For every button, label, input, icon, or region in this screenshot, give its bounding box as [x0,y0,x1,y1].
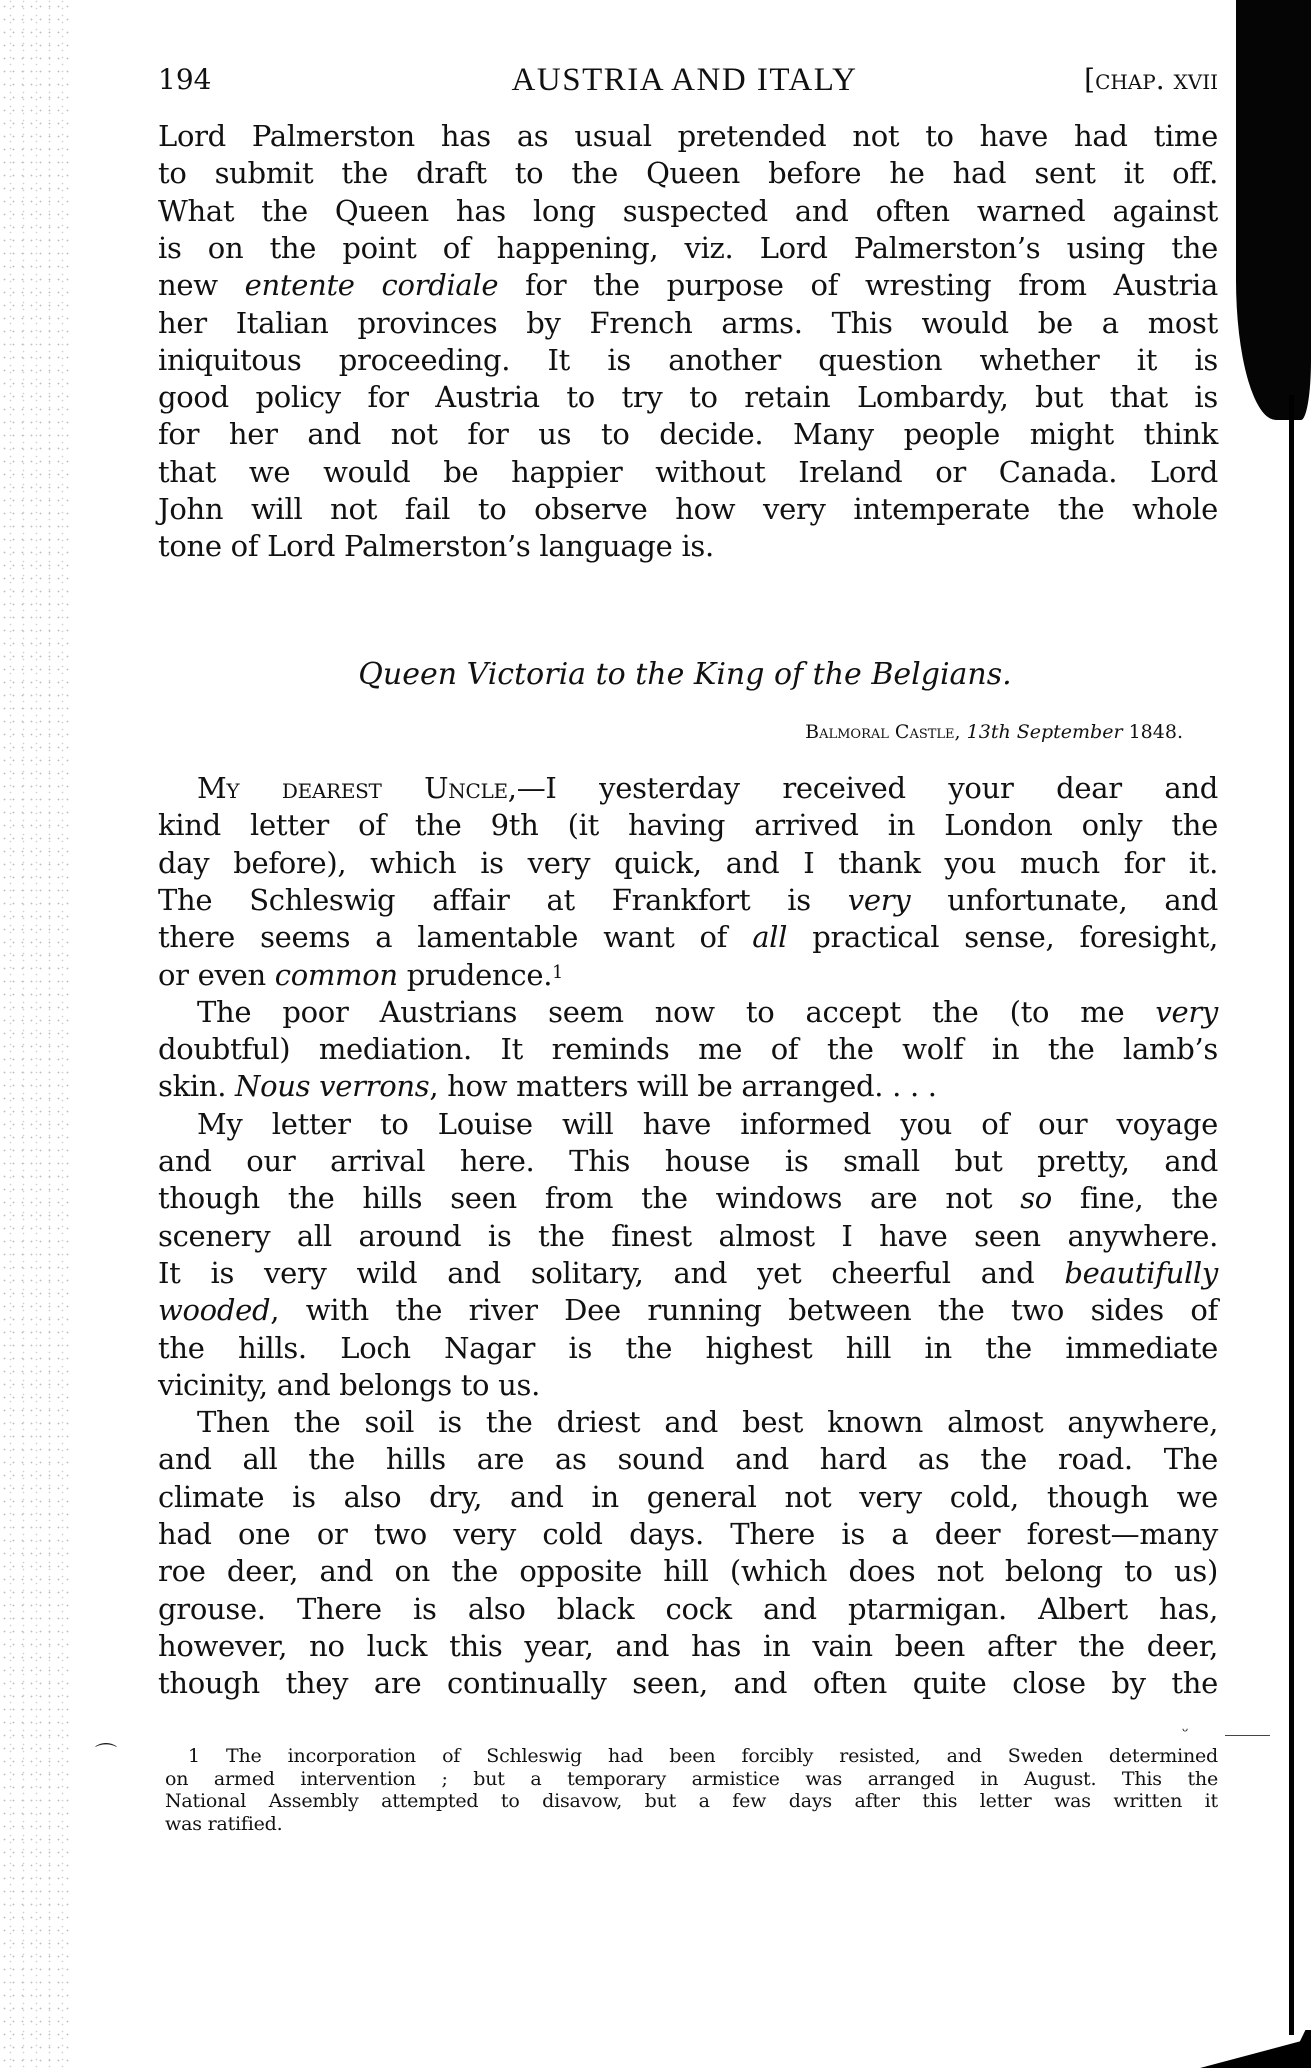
memo-line: tone of Lord Palmerston’s language is. [158,528,1218,565]
letter-line: climate is also dry, and in general not … [158,1479,1218,1516]
footnote-line: was ratified. [165,1813,1218,1836]
memo-line: for her and not for us to decide. Many p… [158,416,1218,453]
letter-heading: Queen Victoria to the King of the Belgia… [310,655,1060,695]
scan-mark-check: ᵕ [1182,1722,1189,1741]
dateline-place: Balmoral Castle, [805,721,960,743]
running-title: AUSTRIA AND ITALY [457,60,912,100]
memo-line: to submit the draft to the Queen before … [158,155,1218,192]
letter-line: roe deer, and on the opposite hill (whic… [158,1553,1218,1590]
memo-line: her Italian provinces by French arms. Th… [158,305,1218,342]
letter-line: scenery all around is the finest almost … [158,1218,1218,1255]
footnote-line: 1 The incorporation of Schleswig had bee… [188,1745,1218,1768]
letter-line: the hills. Loch Nagar is the highest hil… [158,1330,1218,1367]
letter-line: My letter to Louise will have informed y… [197,1106,1218,1143]
letter-line: My dearest Uncle,—I yesterday received y… [197,770,1218,807]
letter-line: It is very wild and solitary, and yet ch… [158,1255,1218,1292]
page-number: 194 [158,60,211,100]
scan-mark-left: ⌒ [95,1738,117,1769]
memo-line: good policy for Austria to try to retain… [158,379,1218,416]
memo-line: iniquitous proceeding. It is another que… [158,342,1218,379]
dateline-day: 13th September [967,721,1123,743]
letter-line: wooded, with the river Dee running betwe… [158,1292,1218,1329]
memo-line: Lord Palmerston has as usual pretended n… [158,118,1218,155]
letter-line: kind letter of the 9th (it having arrive… [158,807,1218,844]
scan-mark-rule [1225,1735,1270,1736]
letter-line: and all the hills are as sound and hard … [158,1441,1218,1478]
binding-shadow-bottom [1200,2030,1311,2068]
binding-edge-line [1289,395,1294,2035]
scan-noise-left-margin [0,0,70,2068]
memo-line: new entente cordiale for the purpose of … [158,267,1218,304]
letter-line: day before), which is very quick, and I … [158,845,1218,882]
letter-line: or even common prudence.1 [158,957,1218,994]
memo-line: What the Queen has long suspected and of… [158,193,1218,230]
chapter-label: [chap. xvii [1010,60,1218,100]
letter-line: The Schleswig affair at Frankfort is ver… [158,882,1218,919]
letter-line: doubtful) mediation. It reminds me of th… [158,1031,1218,1068]
letter-line: however, no luck this year, and has in v… [158,1628,1218,1665]
binding-shadow-top [1236,0,1311,420]
footnote-line: National Assembly attempted to disavow, … [165,1790,1218,1813]
letter-line: vicinity, and belongs to us. [158,1367,1218,1404]
memo-line: is on the point of happening, viz. Lord … [158,230,1218,267]
footnote-line: on armed intervention ; but a temporary … [165,1768,1218,1791]
letter-dateline: Balmoral Castle, 13th September 1848. [686,718,1183,746]
letter-line: though they are continually seen, and of… [158,1665,1218,1702]
letter-line: grouse. There is also black cock and pta… [158,1591,1218,1628]
memo-line: that we would be happier without Ireland… [158,454,1218,491]
letter-line: had one or two very cold days. There is … [158,1516,1218,1553]
letter-line: though the hills seen from the windows a… [158,1180,1218,1217]
letter-line: Then the soil is the driest and best kno… [197,1404,1218,1441]
letter-line: skin. Nous verrons, how matters will be … [158,1068,1218,1105]
dateline-year: 1848. [1129,721,1183,743]
memo-line: John will not fail to observe how very i… [158,491,1218,528]
book-page: 194 AUSTRIA AND ITALY [chap. xvii Lord P… [0,0,1311,2068]
letter-line: there seems a lamentable want of all pra… [158,919,1218,956]
letter-line: and our arrival here. This house is smal… [158,1143,1218,1180]
letter-line: The poor Austrians seem now to accept th… [197,994,1218,1031]
